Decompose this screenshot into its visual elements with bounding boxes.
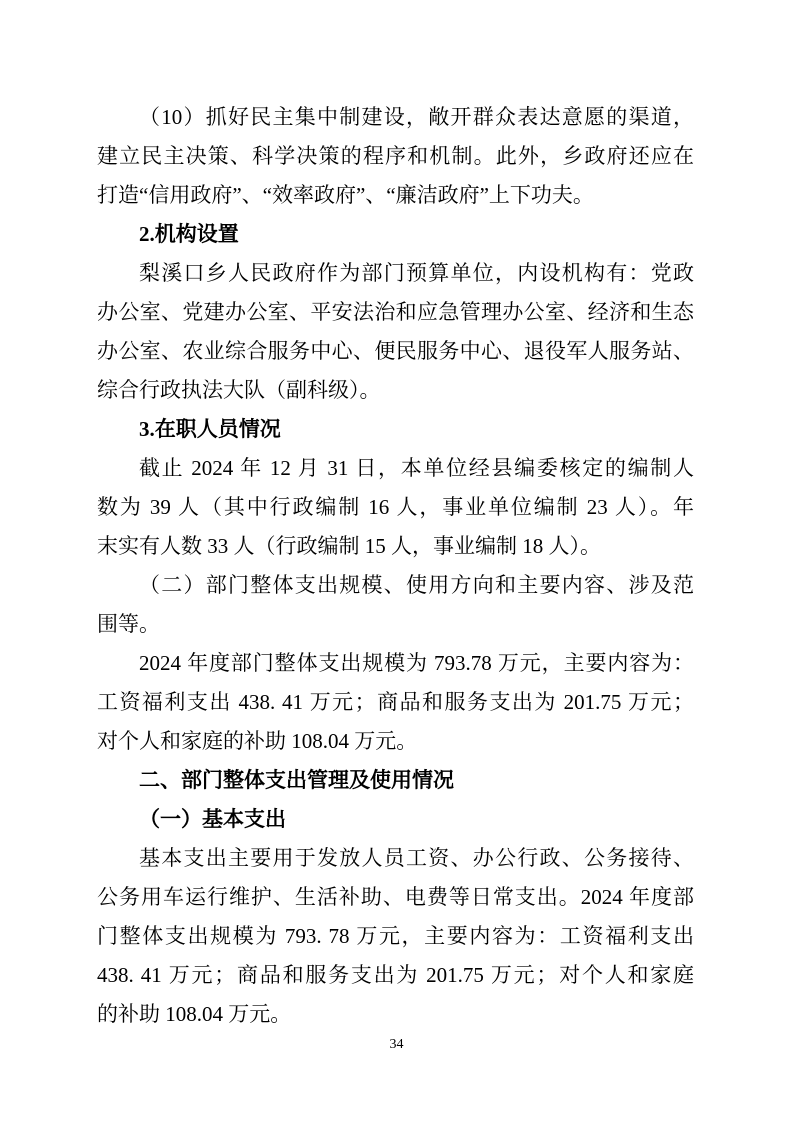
text-line: 的补助 108.04 万元。 xyxy=(97,995,694,1034)
text-line: 建立民主决策、科学决策的程序和机制。此外，乡政府还应在 xyxy=(97,137,694,176)
text-line: 数为 39 人（其中行政编制 16 人，事业单位编制 23 人）。年 xyxy=(97,488,694,527)
text-line: 门整体支出规模为 793. 78 万元，主要内容为：工资福利支出 xyxy=(97,917,694,956)
text-line: 基本支出主要用于发放人员工资、办公行政、公务接待、 xyxy=(97,839,694,878)
text-line: 围等。 xyxy=(97,605,694,644)
text-line: 末实有人数 33 人（行政编制 15 人，事业编制 18 人）。 xyxy=(97,527,694,566)
text-line: 对个人和家庭的补助 108.04 万元。 xyxy=(97,722,694,761)
text-line: 2024 年度部门整体支出规模为 793.78 万元，主要内容为： xyxy=(97,644,694,683)
text-line: （二）部门整体支出规模、使用方向和主要内容、涉及范 xyxy=(97,566,694,605)
page-number: 34 xyxy=(0,1036,793,1054)
text-line: 综合行政执法大队（副科级）。 xyxy=(97,371,694,410)
text-line: 办公室、党建办公室、平安法治和应急管理办公室、经济和生态 xyxy=(97,293,694,332)
document-page: （10）抓好民主集中制建设，敞开群众表达意愿的渠道，建立民主决策、科学决策的程序… xyxy=(0,0,793,1122)
text-line: 438. 41 万元；商品和服务支出为 201.75 万元；对个人和家庭 xyxy=(97,956,694,995)
section-heading: 3.在职人员情况 xyxy=(97,410,694,449)
text-line: 公务用车运行维护、生活补助、电费等日常支出。2024 年度部 xyxy=(97,878,694,917)
section-heading: 2.机构设置 xyxy=(97,215,694,254)
text-line: 办公室、农业综合服务中心、便民服务中心、退役军人服务站、 xyxy=(97,332,694,371)
text-line: 截止 2024 年 12 月 31 日，本单位经县编委核定的编制人 xyxy=(97,449,694,488)
text-line: 梨溪口乡人民政府作为部门预算单位，内设机构有：党政 xyxy=(97,254,694,293)
text-line: （10）抓好民主集中制建设，敞开群众表达意愿的渠道， xyxy=(97,98,694,137)
text-line: 工资福利支出 438. 41 万元；商品和服务支出为 201.75 万元； xyxy=(97,683,694,722)
document-body: （10）抓好民主集中制建设，敞开群众表达意愿的渠道，建立民主决策、科学决策的程序… xyxy=(97,98,694,1034)
section-heading: 二、部门整体支出管理及使用情况 xyxy=(97,761,694,800)
section-heading: （一）基本支出 xyxy=(97,800,694,839)
text-line: 打造“信用政府”、“效率政府”、“廉洁政府”上下功夫。 xyxy=(97,176,694,215)
